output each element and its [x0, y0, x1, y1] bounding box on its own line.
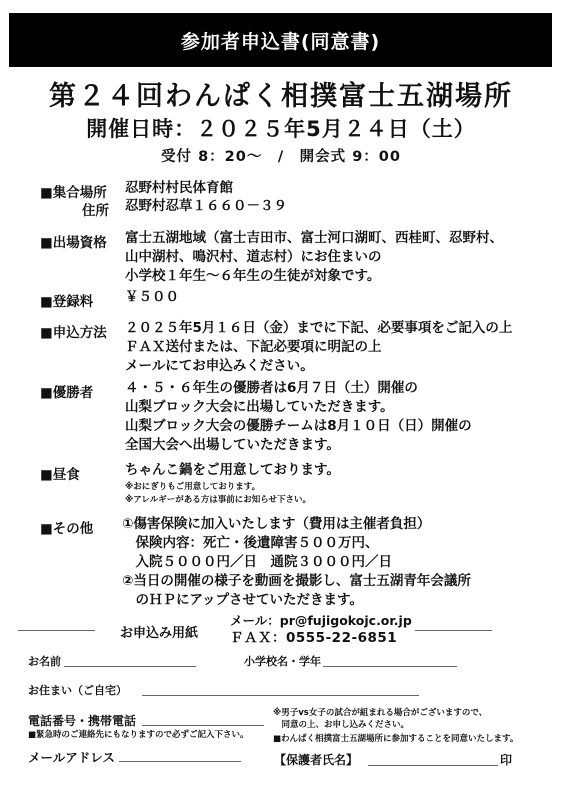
banner: 参加者申込書(同意書) — [9, 13, 552, 67]
form-heading: お申込み用紙 — [120, 622, 198, 641]
other-line-4: ②当日の開催の様子を動画を撮影し、富士五湖青年会議所 — [122, 572, 471, 591]
school-field[interactable] — [323, 666, 457, 667]
name-label: お名前 — [28, 653, 61, 669]
school-label: 小学校名・学年 — [244, 653, 321, 669]
eligibility-line-1: 富士五湖地域（富士吉田市、富士河口湖町、西桂町、忍野村、 — [125, 229, 503, 248]
residence-label: お住まい（ご自宅） — [28, 682, 127, 698]
divider-left — [18, 630, 95, 631]
winners-line-3: 山梨ブロック大会の優勝チームは8月１０日（日）開催の — [125, 417, 472, 436]
winners-label: ■優勝者 — [40, 381, 93, 401]
lunch-value: ちゃんこ鍋をご用意しております。 — [125, 461, 340, 480]
other-label: ■その他 — [40, 517, 93, 537]
application-line-3: メールにてお申込みください。 — [125, 357, 314, 376]
consent-statement: ■わんぱく相撲富士五湖場所に参加することを同意いたします。 — [273, 733, 518, 745]
eligibility-line-2: 山中湖村、鳴沢村、道志村）にお住まいの — [125, 248, 382, 267]
email-field[interactable] — [119, 761, 241, 762]
winners-line-4: 全国大会へ出場していただきます。 — [125, 436, 340, 455]
event-title: 第２４回わんぱく相撲富士五湖場所 — [0, 74, 562, 113]
guardian-label: 【保護者氏名】 — [274, 751, 358, 768]
consent-note-2: 同意の上、お申し込みください。 — [273, 719, 409, 731]
other-line-5: のＨＰにアップさせていただきます。 — [122, 591, 363, 610]
lunch-label: ■昼食 — [40, 463, 80, 483]
phone-label: 電話番号・携帯電話 — [28, 712, 136, 729]
event-time: 受付 8：20～ / 開会式 9：00 — [0, 145, 562, 166]
consent-note-1: ※男子vs女子の試合が組まれる場合がございますので、 — [273, 707, 487, 719]
residence-field[interactable] — [142, 695, 419, 696]
form-fax: ＦＡＸ：0555-22-6851 — [230, 626, 397, 646]
lunch-note-2: ※アレルギーがある方は事前にお知らせ下さい。 — [125, 494, 311, 507]
phone-note: ■緊急時のご連絡先にもなりますので必ずご記入下さい。 — [28, 729, 249, 741]
seal-label: 印 — [500, 751, 512, 768]
email-label: メールアドレス — [28, 748, 115, 766]
lunch-note-1: ※おにぎりもご用意しております。 — [125, 481, 260, 494]
divider-right — [415, 630, 492, 631]
eligibility-line-3: 小学校１年生～６年生の生徒が対象です。 — [125, 267, 380, 286]
name-field[interactable] — [64, 666, 196, 667]
address-label: 住所 — [82, 199, 109, 219]
application-label: ■申込方法 — [40, 321, 107, 341]
other-line-3: 入院５０００円／日 通院３０００円／日 — [122, 553, 392, 572]
application-line-2: ＦＡＸ送付または、下記必要項に明記の上 — [125, 338, 382, 357]
fee-value: ￥５００ — [125, 288, 179, 307]
event-date: 開催日時：２０２５年5月２４日（土） — [0, 113, 562, 143]
guardian-field[interactable] — [368, 765, 498, 766]
phone-field[interactable] — [142, 725, 264, 726]
other-line-1: ①傷害保険に加入いたします（費用は主催者負担） — [122, 515, 430, 534]
winners-line-2: 山梨ブロック大会に出場していただきます。 — [125, 398, 394, 417]
eligibility-label: ■出場資格 — [40, 231, 107, 251]
application-line-1: ２０２５年5月１６日（金）までに下記、必要事項をご記入の上 — [125, 319, 512, 338]
venue-value: 忍野村村民体育館 — [125, 179, 233, 198]
banner-text: 参加者申込書(同意書) — [181, 27, 380, 54]
address-value: 忍野村忍草１６６０－３９ — [125, 197, 287, 216]
other-line-2: 保険内容：死亡・後遺障害５００万円、 — [122, 534, 379, 553]
winners-line-1: ４・５・６年生の優勝者は6月７日（土）開催の — [125, 379, 418, 398]
venue-label: ■集合場所 — [40, 181, 107, 201]
fee-label: ■登録料 — [40, 290, 93, 310]
